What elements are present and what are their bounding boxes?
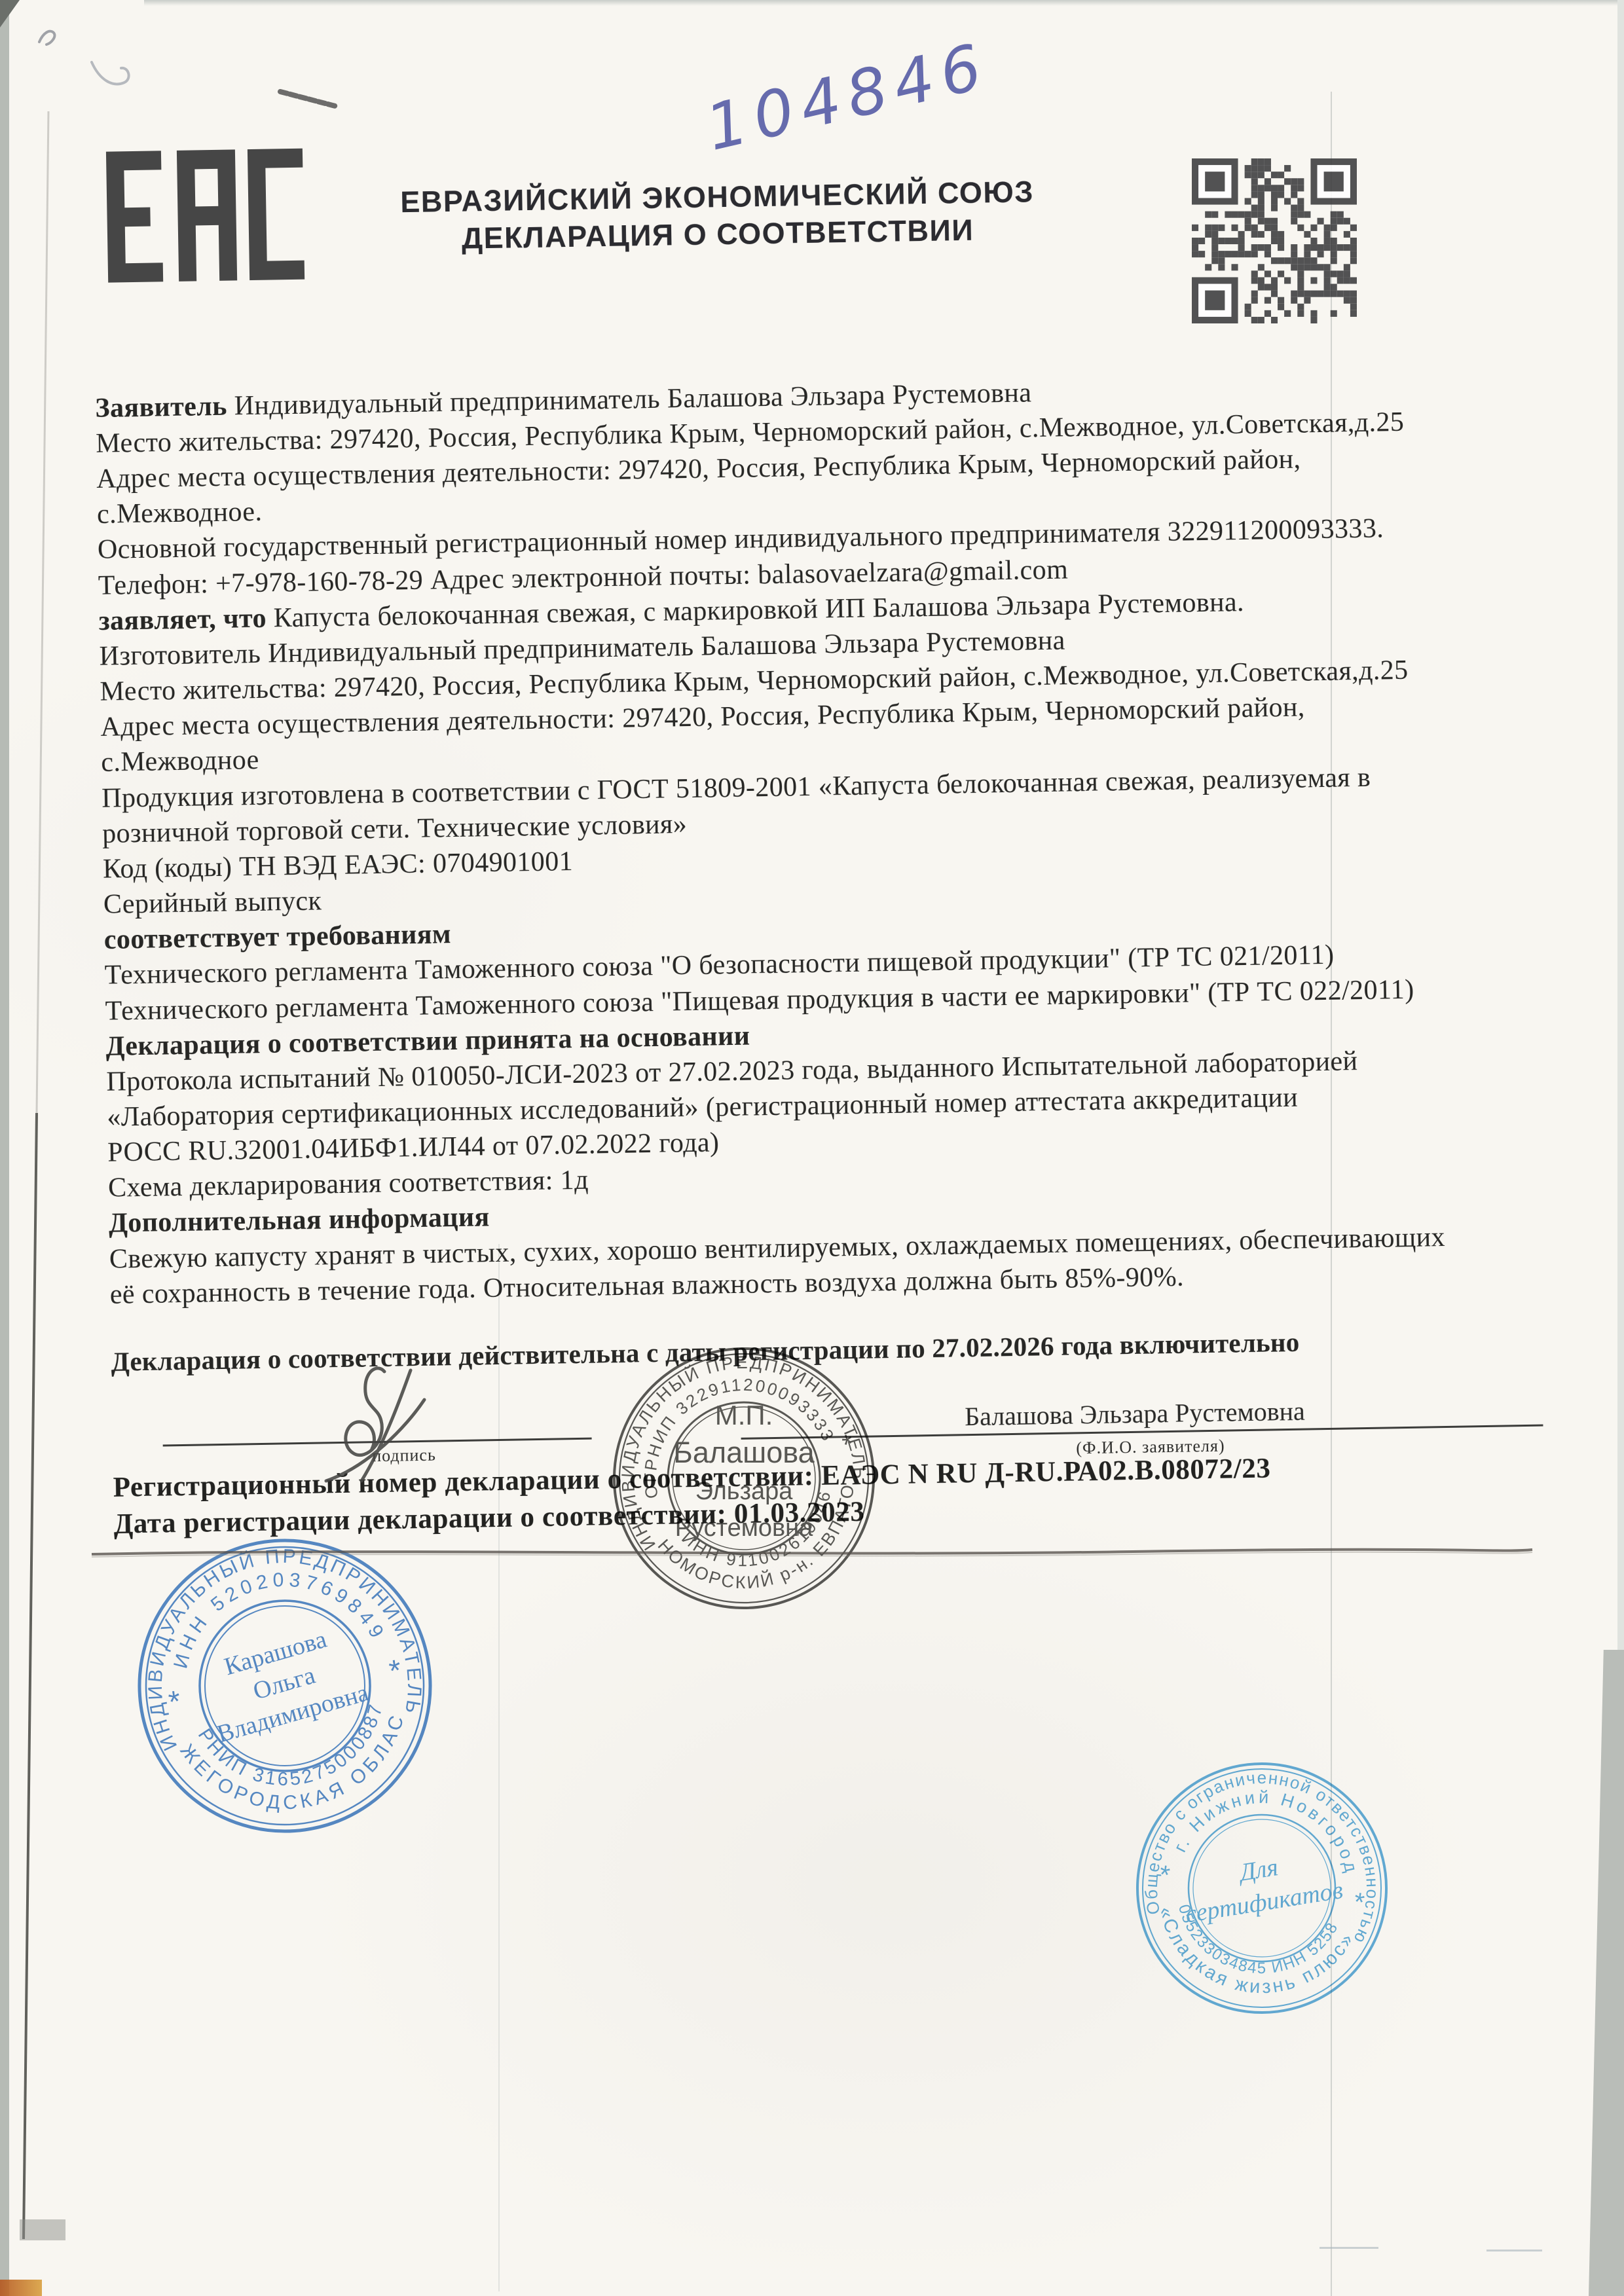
document-title: ЕВРАЗИЙСКИЙ ЭКОНОМИЧЕСКИЙ СОЮЗ ДЕКЛАРАЦИ… <box>363 172 1072 259</box>
body-line-bold: Заявитель <box>95 392 227 424</box>
handwritten-signature <box>288 1342 485 1512</box>
eac-logo <box>106 149 304 284</box>
body-line: розничной торговой сети. Технические усл… <box>102 809 688 850</box>
applicant-name: Балашова Эльзара Рустемовна <box>965 1396 1305 1432</box>
body-line: Продукция изготовлена в соответствии с Г… <box>101 762 1371 814</box>
body-line-text: РОСС RU.32001.04ИБФ1.ИЛ44 от 07.02.2022 … <box>107 1127 720 1167</box>
body-line-bold: заявляет, что <box>98 604 267 636</box>
body-line: Дополнительная информация <box>109 1201 490 1239</box>
body-line: Схема декларирования соответствия: 1д <box>108 1165 589 1204</box>
stamp-blue-right-center-1: Для <box>1236 1853 1280 1887</box>
stamp-black-mp: М.П. <box>715 1400 773 1430</box>
hand-drawn-separator-line <box>85 1539 1545 1571</box>
qr-code <box>1192 158 1357 323</box>
stamp-black-name-3: Рустемовна <box>675 1514 813 1542</box>
body-line-bold: Дополнительная информация <box>109 1202 490 1239</box>
body-line: с.Межводное <box>101 744 259 778</box>
eac-logo-letters <box>106 149 304 283</box>
body-line-text: Серийный выпуск <box>103 886 322 920</box>
body-line: Декларация о соответствии принята на осн… <box>105 1021 750 1063</box>
body-line-bold: соответствует требованиям <box>103 919 451 955</box>
stamp-black-name-2: Эльзара <box>695 1478 794 1505</box>
body-line-text: с.Межводное. <box>97 497 263 530</box>
stamp-blue-right-center-2: сертификатов <box>1183 1876 1345 1928</box>
body-line-text: Схема декларирования соответствия: 1д <box>108 1165 589 1203</box>
body-line: Код (коды) ТН ВЭД ЕАЭС: 0704901001 <box>103 846 574 885</box>
body-line-text: Основной государственный регистрационный… <box>98 513 1384 565</box>
body-line-text: Код (коды) ТН ВЭД ЕАЭС: 0704901001 <box>103 847 574 884</box>
body-line: РОСС RU.32001.04ИБФ1.ИЛ44 от 07.02.2022 … <box>107 1127 720 1168</box>
body-text: Заявитель Индивидуальный предприниматель… <box>0 0 1617 1</box>
body-line-text: розничной торговой сети. Технические усл… <box>102 809 688 849</box>
stamp-blue-right: Общество с ограниченной ответственностью… <box>1118 1744 1406 2032</box>
body-line: соответствует требованиям <box>103 919 451 956</box>
body-line-text: с.Межводное <box>101 745 259 778</box>
body-line: Основной государственный регистрационный… <box>98 513 1384 566</box>
stamp-black-round: ИНДИВИДУАЛЬНЫЙ ПРЕДПРИНИМАТЕЛЬ ОГРНИП 32… <box>593 1328 895 1629</box>
body-line: с.Межводное. <box>97 496 263 530</box>
stamp-black-name-1: Балашова <box>673 1436 815 1469</box>
body-line-text: Продукция изготовлена в соответствии с Г… <box>101 763 1371 814</box>
body-line-bold: Декларация о соответствии принята на осн… <box>105 1021 750 1062</box>
body-line: Серийный выпуск <box>103 885 322 920</box>
